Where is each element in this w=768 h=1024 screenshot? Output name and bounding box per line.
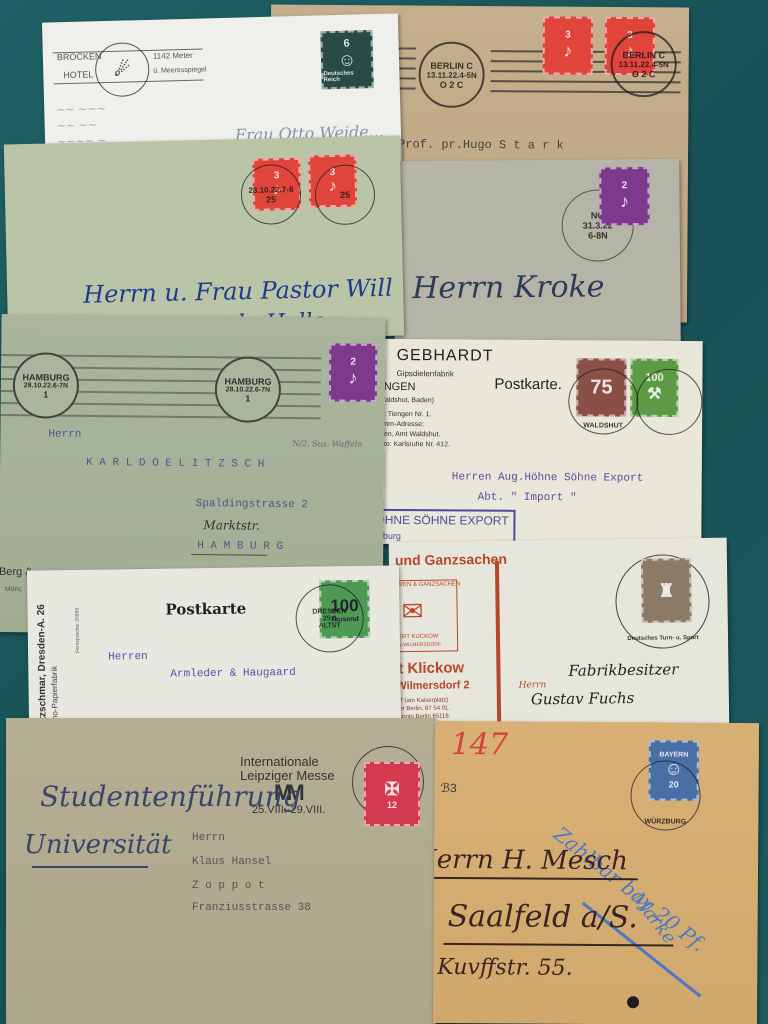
postmark-text: WALDSHUT	[583, 422, 623, 429]
city: Z o p p o t	[192, 880, 265, 892]
pencil-note: N/2. Sus. Waffeln	[292, 439, 362, 449]
waldshut-postmark: WALDSHUT	[568, 368, 638, 434]
city: H A M B U R G	[197, 540, 283, 553]
eagle-icon: ✠	[384, 779, 399, 800]
postmark-code: 1	[245, 393, 250, 403]
klickow-logo-text: WEN & GANZSACHEN	[397, 581, 460, 588]
slogan-line1: Internationale	[240, 754, 319, 769]
salutation: Herren	[108, 651, 148, 664]
stamp-12-carmine: ✠ 12	[364, 762, 420, 826]
sender-line2: cher Berlin, 87 54 01.	[393, 706, 450, 713]
wurzburg-envelope: 147 ℬ3 BAYERN ☺ 20 WÜRZBURG Zahlbar bay …	[433, 721, 759, 1024]
blue-note: Zahlbar bay 20 Pf.	[549, 822, 710, 957]
postmark-code: O 2 C	[440, 79, 464, 89]
portrait-icon: ☺	[338, 49, 357, 70]
sender-vertical-3: Fernsprecher 20993	[74, 573, 81, 653]
posthorn-icon: ♪	[563, 41, 572, 62]
postmark-code: 25	[266, 194, 276, 204]
stamp-2-violet: 2 ♪	[329, 343, 378, 401]
stamp-vignette-icon: ✉	[401, 596, 423, 627]
hamburg-postmark: HAMBURG 28.10.22.6-7N 1	[13, 352, 80, 419]
grey-envelope-kroke: NO 31.3.22 6-8N 2 ♪ Herrn Kroke	[393, 159, 681, 353]
stamp-6-green: 6 ☺ Deutsches Reich	[320, 30, 374, 89]
stamp-3-red: 3 ♪	[543, 16, 593, 74]
sender-line1: Gipsdielenfabrik	[396, 369, 453, 378]
addressee: Armleder & Haugaard	[170, 667, 296, 681]
postkarte-title: Postkarte	[165, 600, 246, 619]
rubber-stamp: ÖHNE SÖHNE EXPORT	[375, 513, 508, 528]
postmark-city: BERLIN C	[622, 49, 665, 59]
addressee-line1: Herren Aug.Höhne Söhne Export	[452, 471, 644, 484]
pastor-postmark: 28.10.22.7-8 25	[240, 164, 301, 225]
salutation: Herrn	[519, 680, 547, 690]
stamp-value: 2	[622, 180, 628, 191]
postmark-city: HAMBURG	[22, 372, 69, 382]
castle-icon: ♜	[658, 580, 674, 601]
leipzig-envelope: Internationale Leipziger Messe MM 25.VII…	[6, 718, 436, 1024]
postmark-city: WÜRZBURG	[644, 818, 686, 829]
postkarte-title: Postkarte.	[494, 376, 562, 393]
sender-vertical-2: omo-Papierfabrik	[49, 607, 60, 727]
addressee-line2: Abt. " Import "	[478, 492, 577, 505]
sender-line1: 157 (am Kaiserplatz)	[393, 698, 448, 705]
postmark-date: 13.11.22.4-5N	[426, 70, 476, 79]
sender-line3: (Waldshut, Baden)	[376, 397, 434, 404]
cachet-right: 1142 Meter	[153, 51, 193, 61]
addressee-hand-1: Herrn H. Mesch	[433, 845, 628, 876]
berlin-postmark: BERLIN C 13.11.22.4-5N O 2 C	[418, 42, 484, 108]
klickow-logo-text-2: ERT KUCKOW	[398, 634, 439, 641]
stamp-country: Deutsches Reich	[323, 70, 371, 83]
sender-name: GEBHARDT	[397, 347, 494, 366]
street: Franziusstrasse 38	[192, 902, 311, 914]
addressee-hand-3: Kuvffstr. 55.	[437, 955, 573, 981]
divider-rule	[495, 561, 501, 735]
cachet-left: BROCKEN	[57, 51, 102, 62]
addressee-hand-1: Fabrikbesitzer	[568, 660, 678, 680]
sender-city: -Wilmersdorf 2	[393, 679, 470, 692]
salutation: Herrn	[48, 428, 81, 440]
postmark-city: BERLIN C	[430, 60, 473, 70]
stamp-value: 3	[565, 30, 571, 41]
postmark-date: 13.11.22.4-5N	[619, 59, 669, 68]
posthorn-icon: ♪	[620, 191, 629, 212]
red-number: 147	[451, 727, 509, 762]
addressee-hand-2: Gustav Fuchs	[531, 689, 635, 708]
address-hand: Herrn u. Frau Pastor Will	[83, 274, 393, 309]
dresden-postmark: DRESDEN 25.9 ALTST	[295, 584, 364, 653]
klickow-logo-text-3: N-WILMERSDORF	[398, 642, 441, 649]
wurzburg-postmark: WÜRZBURG	[630, 760, 700, 830]
postmark-code: 25	[340, 190, 350, 200]
pastor-postmark-2: 25	[314, 164, 375, 225]
postmark-code: ALTST	[319, 622, 341, 629]
address-typed: Prof. pr.Hugo S t a r k	[398, 137, 564, 152]
street: Spaldingstrasse 2	[196, 498, 308, 511]
salutation: Herrn	[192, 832, 225, 844]
address-hand: Herrn Kroke	[412, 269, 605, 306]
waldshut-postmark-2	[636, 369, 702, 435]
witch-icon: ☄	[114, 59, 131, 80]
stamp-value: 6	[343, 37, 349, 49]
klickow-postcard: und Ganzsachen WEN & GANZSACHEN ✉ ERT KU…	[389, 538, 730, 737]
sender-line7: onto: Karlsruhe Nr. 412.	[376, 441, 450, 449]
sender-vertical: etzschmar, Dresden-A. 26	[36, 586, 49, 726]
postmark-city: HAMBURG	[224, 376, 271, 386]
sender-name: rt Klickow	[392, 659, 464, 677]
hamburg-postmark-2: HAMBURG 28.10.22.6-7N 1	[215, 356, 282, 423]
handwritten-universitaet: Universität	[24, 830, 172, 860]
addressee-hand-2: Saalfeld a/S.	[448, 899, 638, 935]
sender-line6: ngen, Amt Waldshut.	[376, 431, 440, 438]
stamp-value: 2	[350, 357, 356, 368]
punch-hole	[627, 996, 639, 1008]
handwritten-studentenfuehrung: Studentenführung	[40, 780, 301, 813]
postmark-time: 6-8N	[588, 230, 608, 240]
cachet-left2: HOTEL	[63, 69, 93, 80]
stamp-value: 12	[387, 800, 397, 810]
edge-text-2: Mönc	[5, 586, 22, 593]
stamp-2-violet: 2 ♪	[599, 167, 650, 225]
berlin-postmark-2: BERLIN C 13.11.22.4-5N O 2 C	[610, 31, 676, 97]
corner-mark: ℬ3	[441, 781, 457, 795]
addressee-name: Klaus Hansel	[192, 856, 271, 868]
cachet-right2: ü. Meeresspiegel	[153, 66, 206, 74]
gebhardt-postcard: GEBHARDT Gipsdielenfabrik ENGEN (Waldshu…	[375, 339, 702, 546]
district-hand: Marktstr.	[203, 518, 260, 533]
addressee-name: K A R L D O E L I T Z S C H	[86, 457, 264, 471]
stamp-6-brown: ♜	[641, 558, 692, 623]
postmark-code: O 2 C	[632, 69, 656, 79]
klickow-header: und Ganzsachen	[395, 551, 507, 569]
postmark-text: Deutsches Turn- u. Sport	[627, 635, 698, 648]
postmark-code: 1	[43, 389, 48, 399]
dresden-postcard: etzschmar, Dresden-A. 26 omo-Papierfabri…	[27, 565, 401, 726]
posthorn-icon: ♪	[348, 368, 357, 389]
brocken-cachet-circle: ☄	[95, 42, 150, 97]
green-envelope-pastor: 3 ♪ 3 ♪ 28.10.22.7-8 25 25 Herrn u. Frau…	[4, 136, 404, 345]
